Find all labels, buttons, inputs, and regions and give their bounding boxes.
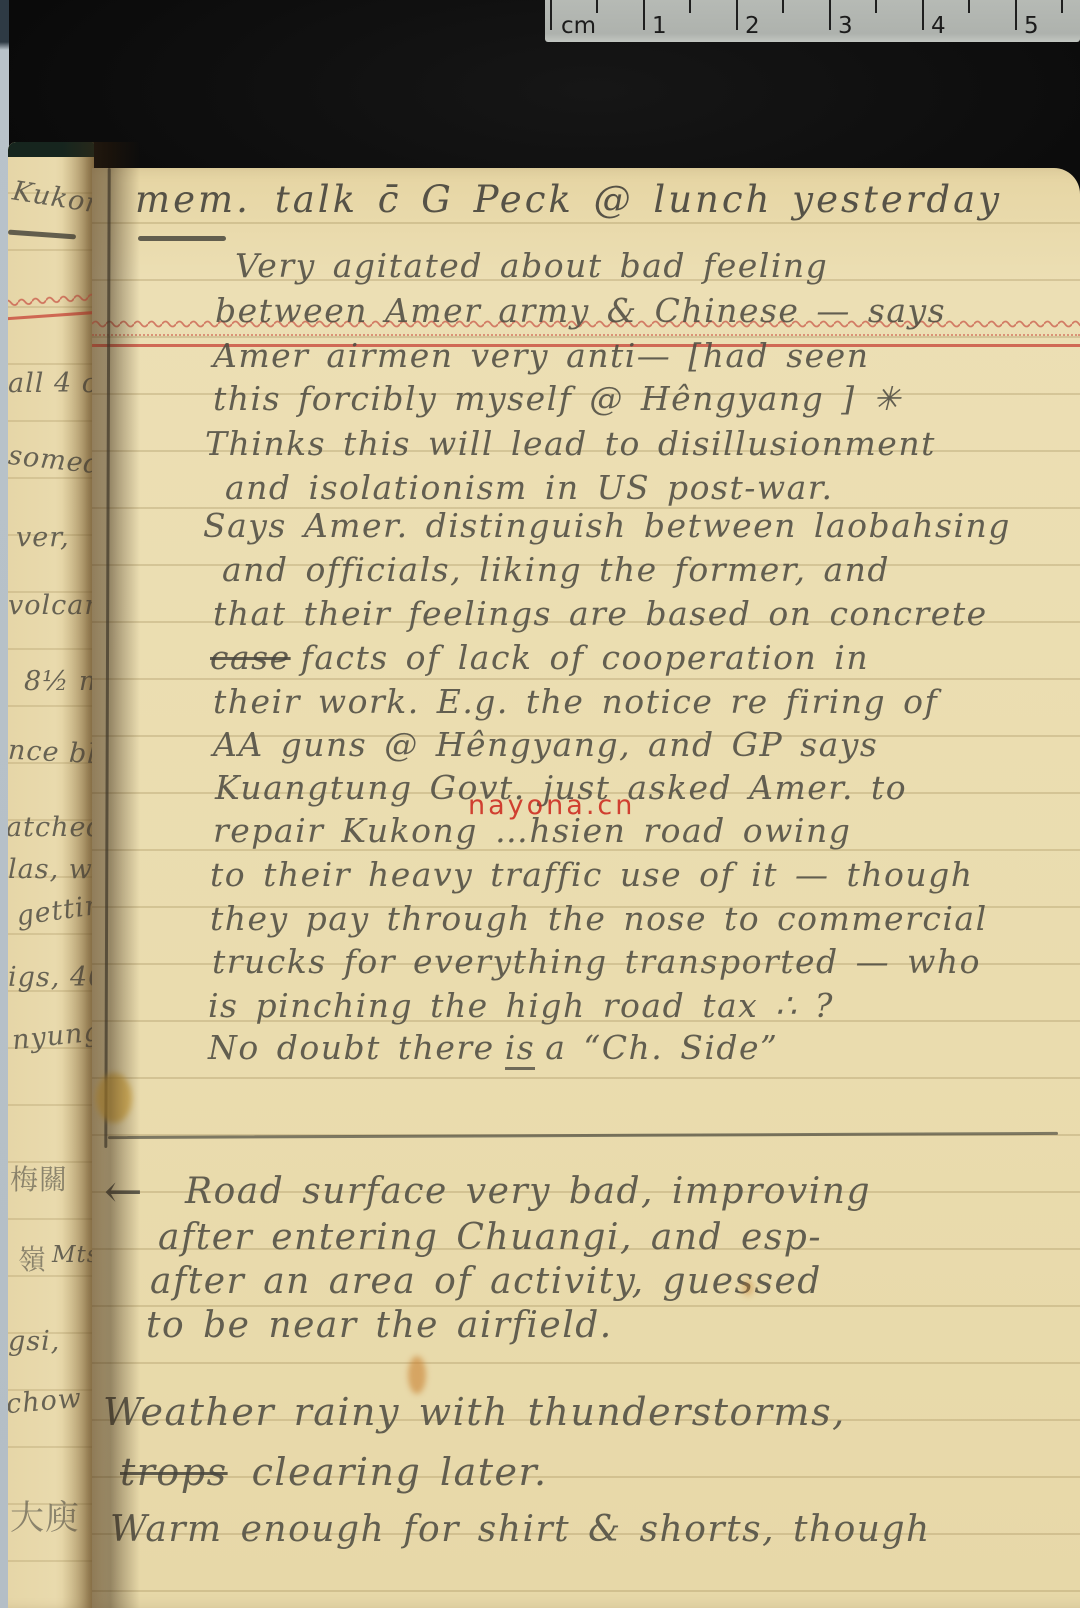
ruler-tick [643,0,645,30]
margin-fragment: somedelay [8,440,94,487]
handwriting-line: and isolationism in US post-war. [225,470,833,506]
margin-fragment: nce bluff [8,735,94,773]
margin-fragment-cjk: 大庾 [10,1490,80,1539]
line-part: No doubt there [208,1028,495,1067]
handwriting-line: Very agitated about bad feeling [235,248,828,284]
paper-stain [742,1280,754,1296]
margin-fragment: gsi, [8,1326,60,1357]
handwriting-line: after entering Chuangi, and esp- [158,1218,822,1258]
struck-word: trops [120,1450,228,1494]
margin-fragment: getting n [14,883,94,932]
ruler-tick [1061,0,1063,13]
facing-page-edge: Kukong all 4 on somedelay ver, volcanic.… [8,142,94,1608]
handwriting-line: this forcibly myself @ Hêngyang ] ✳ [213,381,902,417]
margin-fragment: all 4 on [8,368,94,399]
photo-ruler: cm 1 2 3 4 5 [545,0,1080,42]
ruler-label: 5 [1024,13,1039,39]
ruler-label: 4 [931,13,946,39]
handwriting-line: Amer airmen very anti— [had seen [213,338,869,374]
struck-word: case [210,638,291,677]
handwriting-line: is pinching the high road tax ∴ ? [208,988,834,1024]
handwriting-line: that their feelings are based on concret… [213,596,988,632]
margin-fragment: volcanic. [8,590,94,621]
paper-stain [96,1073,132,1123]
ruler-label: 1 [652,13,667,39]
line-rest: clearing later. [252,1450,548,1494]
handwriting-line: Warm enough for shirt & shorts, though [110,1510,931,1550]
ruler-tick [782,0,784,13]
memo-heading: mem.talk c̄ G Peck @ lunch yesterday [135,180,1002,221]
line-rest: facts of lack of cooperation in [301,638,869,677]
page-top-edge [8,142,94,157]
handwriting-line: casefacts of lack of cooperation in [210,640,869,676]
margin-fragment-cjk: 梅關 [10,1158,68,1198]
handwriting-line: and officials, liking the former, and [222,552,890,588]
site-watermark: nayona.cn [468,790,635,821]
pencil-bracket-line [108,1132,1058,1139]
handwriting-line: AA guns @ Hêngyang, and GP says [213,727,878,763]
ruler-tick [875,0,877,13]
handwriting-line: Says Amer. distinguish between laobahsin… [203,508,1011,544]
underlined-word: is [505,1028,536,1070]
memo-heading-word: mem. [135,178,251,221]
margin-fragment: las, who [8,854,94,885]
ruler-unit-label: cm [561,13,596,39]
red-wavy-rule [8,291,94,310]
margin-fragment: Kukong [10,176,94,224]
handwriting-line: trucks for everything transported — who [212,944,981,980]
margin-fragment: Mts [52,1242,94,1268]
ruler-tick [736,0,738,30]
ruler-label: 3 [838,13,853,39]
paper-stain [408,1356,426,1394]
ruler-tick [689,0,691,13]
hand-drawn-arrow: ← [104,1166,144,1217]
handwriting-line: between Amer army & Chinese — says [215,293,946,329]
margin-fragment-cjk: 嶺 [18,1238,47,1278]
margin-fragment: nyung) [11,1015,94,1056]
handwriting-line: No doubt thereisa “Ch. Side” [208,1030,778,1066]
handwriting-line: to be near the airfield. [146,1306,613,1346]
memo-heading-rest: talk c̄ G Peck @ lunch yesterday [275,178,1002,221]
line-part: a “Ch. Side” [545,1028,778,1067]
pencil-underline [8,230,76,240]
ruler-tick [550,0,552,30]
handwriting-line: Thinks this will lead to disillusionment [205,426,936,462]
handwriting-line: their work. E.g. the notice re firing of [213,684,938,720]
handwriting-line: Road surface very bad, improving [185,1172,871,1212]
margin-fragment: 8½ m [24,666,94,697]
pencil-margin-line [104,168,110,1148]
ruler-label: 2 [745,13,760,39]
ruler-tick [922,0,924,30]
ruler-tick [596,0,598,13]
notebook-page: mem.talk c̄ G Peck @ lunch yesterday Ver… [92,168,1080,1608]
handwriting-line: after an area of activity, guessed [150,1262,822,1302]
margin-fragment: atched by [8,812,94,843]
pencil-underline [138,236,226,241]
margin-fragment: igs, 40 [8,962,94,993]
red-rule [8,311,94,321]
handwriting-line: to their heavy traffic use of it — thoug… [210,857,973,893]
handwriting-line: Weather rainy with thunderstorms, [103,1392,846,1434]
ruler-tick [1015,0,1017,30]
ruler-tick [829,0,831,30]
scanned-notebook-page: cm 1 2 3 4 5 Kukong all 4 on somedelay v… [0,0,1080,1608]
handwriting-line: they pay through the nose to commercial [210,901,988,937]
margin-fragment: ver, [16,522,70,553]
margin-fragment: chow [8,1383,83,1420]
handwriting-line: tropsclearing later. [120,1452,548,1494]
ruler-tick [968,0,970,13]
